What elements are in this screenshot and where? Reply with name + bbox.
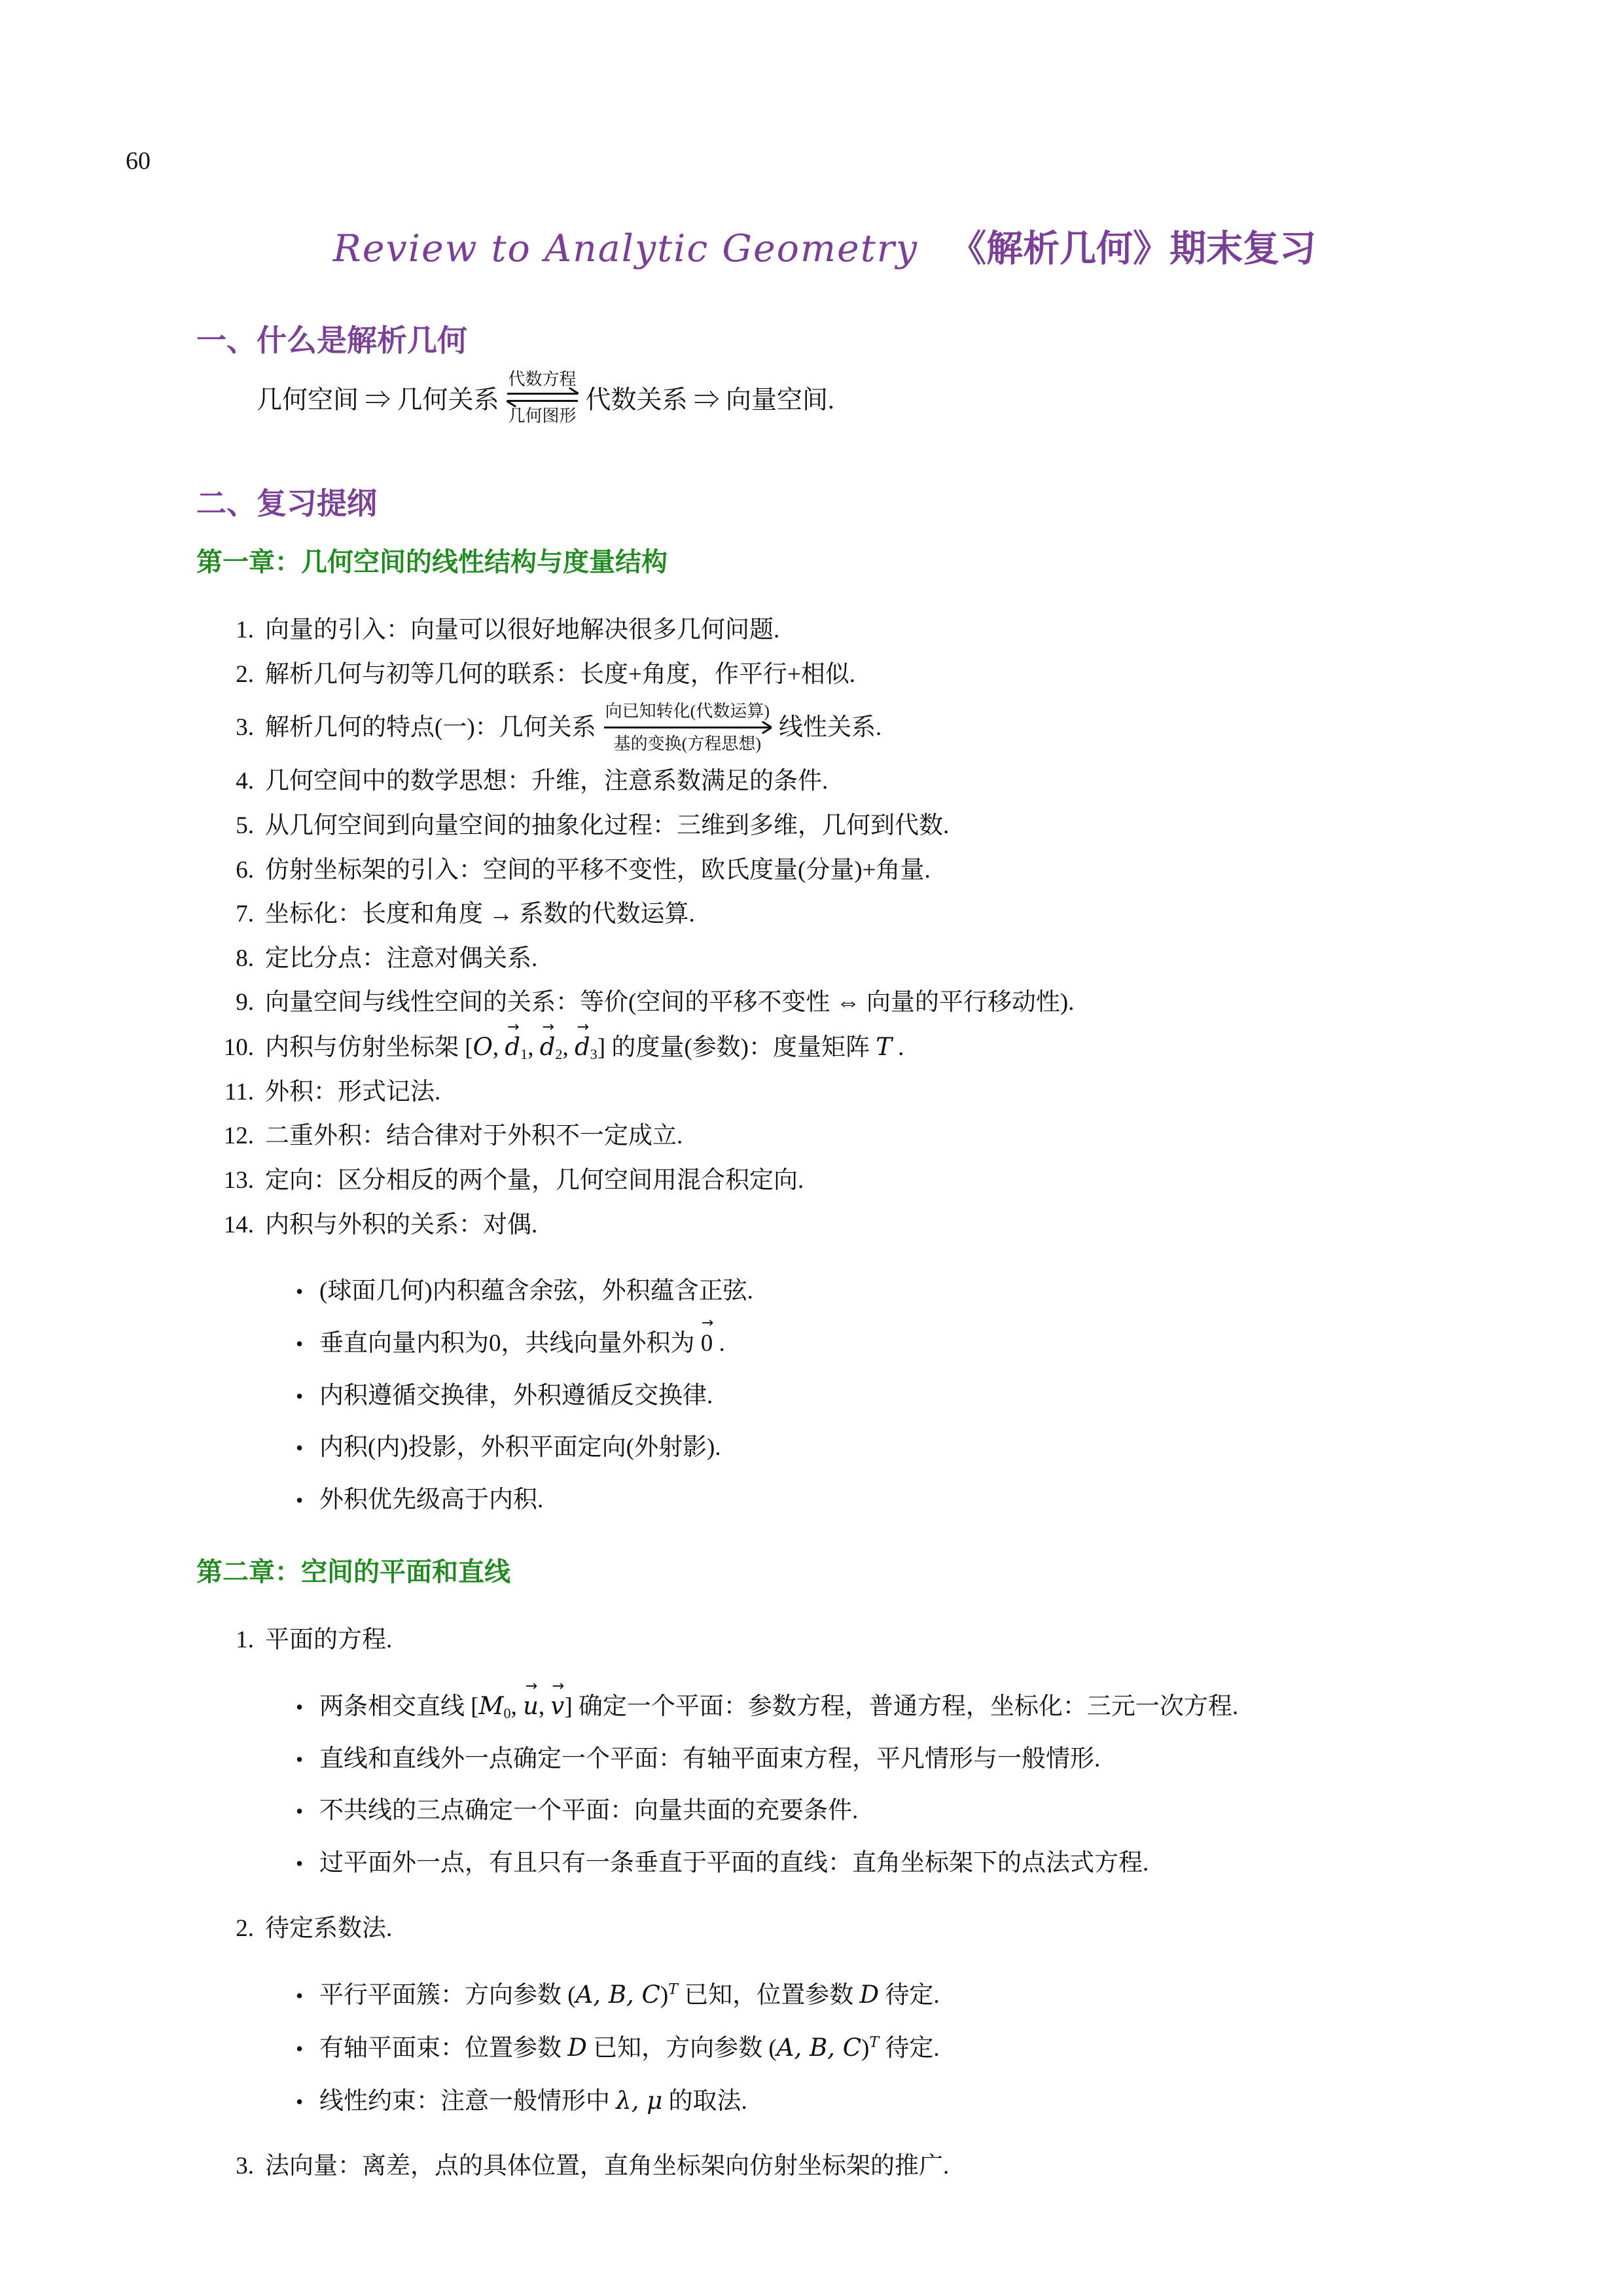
item-number: 3. bbox=[196, 2149, 265, 2184]
list-item: 14. 内积与外积的关系：对偶. bbox=[196, 1208, 1531, 1243]
list-item: 6. 仿射坐标架的引入：空间的平移不变性，欧氏度量(分量)+角量. bbox=[196, 853, 1531, 888]
item-text: 解析几何的特点(一)：几何关系 向已知转化(代数运算) 基的变换(方程思想) 线… bbox=[265, 701, 1531, 755]
labeled-right-arrow: 向已知转化(代数运算) 基的变换(方程思想) bbox=[603, 701, 772, 755]
bullet-text: 内积(内)投影，外积平面定向(外射影). bbox=[319, 1430, 1531, 1465]
chapter-2-item-1-bullets: • 两条相交直线 [M0, u→, v→] 确定一个平面：参数方程，普通方程，坐… bbox=[196, 1689, 1531, 1881]
bullet-text: 线性约束：注意一般情形中 λ, μ 的取法. bbox=[319, 2083, 1531, 2119]
formula-post: 代数关系 ⇒ 向量空间. bbox=[586, 380, 834, 416]
bullet-text: 平行平面簇：方向参数 (A, B, C)T 已知，位置参数 D 待定. bbox=[319, 1977, 1531, 2013]
list-item: 11. 外积：形式记法. bbox=[196, 1075, 1531, 1110]
bullet-item: • 平行平面簇：方向参数 (A, B, C)T 已知，位置参数 D 待定. bbox=[196, 1977, 1531, 2013]
labeled-harpoon-arrow: 代数方程 几何图形 bbox=[506, 369, 579, 427]
section-1-heading: 一、什么是解析几何 bbox=[196, 322, 1531, 360]
list-item: 12. 二重外积：结合律对于外积不一定成立. bbox=[196, 1119, 1531, 1154]
bullet-icon: • bbox=[296, 1433, 319, 1463]
item-text: 待定系数法. bbox=[265, 1911, 1531, 1946]
bullet-icon: • bbox=[296, 1329, 319, 1359]
item-number: 10. bbox=[196, 1030, 265, 1066]
vector-arrow-icon: → bbox=[542, 1020, 554, 1034]
vector-arrow-icon: → bbox=[577, 1020, 590, 1034]
section-2-heading: 二、复习提纲 bbox=[196, 485, 1531, 523]
bullet-item: • 外积优先级高于内积. bbox=[196, 1482, 1531, 1518]
item-number: 7. bbox=[196, 897, 265, 932]
bullet-icon: • bbox=[296, 1381, 319, 1411]
bullet-icon: • bbox=[296, 1744, 319, 1774]
list-item: 4. 几何空间中的数学思想：升维，注意系数满足的条件. bbox=[196, 764, 1531, 799]
chapter-2-heading: 第二章：空间的平面和直线 bbox=[196, 1556, 1531, 1588]
bullet-icon: • bbox=[296, 2087, 319, 2117]
chapter-2-item-2-bullets: • 平行平面簇：方向参数 (A, B, C)T 已知，位置参数 D 待定. • … bbox=[196, 1977, 1531, 2119]
bullet-text: 两条相交直线 [M0, u→, v→] 确定一个平面：参数方程，普通方程，坐标化… bbox=[319, 1689, 1531, 1725]
item-number: 6. bbox=[196, 853, 265, 888]
arrow-top-label: 向已知转化(代数运算) bbox=[603, 701, 772, 723]
bullet-text: 外积优先级高于内积. bbox=[319, 1482, 1531, 1518]
item-text: 定向：区分相反的两个量，几何空间用混合积定向. bbox=[265, 1163, 1531, 1198]
bullet-item: • (球面几何)内积蕴含余弦，外积蕴含正弦. bbox=[196, 1274, 1531, 1309]
bullet-item: • 垂直向量内积为0，共线向量外积为 0→ . bbox=[196, 1326, 1531, 1361]
bullet-item: • 线性约束：注意一般情形中 λ, μ 的取法. bbox=[196, 2083, 1531, 2119]
item-number: 1. bbox=[196, 1623, 265, 1658]
bullet-item: • 过平面外一点，有且只有一条垂直于平面的直线：直角坐标架下的点法式方程. bbox=[196, 1846, 1531, 1881]
bullet-icon: • bbox=[296, 1276, 319, 1306]
chapter-1-list: 1. 向量的引入：向量可以很好地解决很多几何问题. 2. 解析几何与初等几何的联… bbox=[196, 613, 1531, 1242]
title-chinese: 《解析几何》期末复习 bbox=[950, 228, 1316, 269]
vector-arrow-icon: → bbox=[702, 1316, 714, 1330]
item-text: 内积与外积的关系：对偶. bbox=[265, 1208, 1531, 1243]
item-number: 13. bbox=[196, 1163, 265, 1198]
document-page: 60 Review to Analytic Geometry《解析几何》期末复习… bbox=[0, 0, 1623, 2296]
item-text: 平面的方程. bbox=[265, 1623, 1531, 1658]
rightleftharpoons-icon bbox=[507, 393, 578, 402]
item-number: 8. bbox=[196, 941, 265, 977]
chapter-2-list-end: 3. 法向量：离差，点的具体位置，直角坐标架向仿射坐标架的推广. bbox=[196, 2149, 1531, 2184]
item-text: 向量空间与线性空间的关系：等价(空间的平移不变性 ⇔ 向量的平行移动性). bbox=[265, 985, 1531, 1020]
item-text: 向量的引入：向量可以很好地解决很多几何问题. bbox=[265, 613, 1531, 648]
item-text-post: 线性关系. bbox=[779, 710, 882, 745]
item-text: 几何空间中的数学思想：升维，注意系数满足的条件. bbox=[265, 764, 1531, 799]
item-number: 9. bbox=[196, 985, 265, 1020]
item-number: 5. bbox=[196, 808, 265, 844]
bullet-item: • 两条相交直线 [M0, u→, v→] 确定一个平面：参数方程，普通方程，坐… bbox=[196, 1689, 1531, 1725]
bullet-icon: • bbox=[296, 1848, 319, 1878]
vector-arrow-icon: → bbox=[526, 1679, 538, 1693]
item-number: 4. bbox=[196, 764, 265, 799]
list-item: 7. 坐标化：长度和角度 → 系数的代数运算. bbox=[196, 897, 1531, 932]
bullet-item: • 内积(内)投影，外积平面定向(外射影). bbox=[196, 1430, 1531, 1465]
bullet-text: (球面几何)内积蕴含余弦，外积蕴含正弦. bbox=[319, 1274, 1531, 1309]
overview-formula: 几何空间 ⇒ 几何关系 代数方程 几何图形 代数关系 ⇒ 向量空间. bbox=[257, 369, 1531, 427]
item-number: 2. bbox=[196, 657, 265, 692]
arrow-bottom-label: 几何图形 bbox=[506, 406, 579, 427]
bullet-icon: • bbox=[296, 1796, 319, 1826]
list-item: 5. 从几何空间到向量空间的抽象化过程：三维到多维，几何到代数. bbox=[196, 808, 1531, 844]
item-number: 1. bbox=[196, 613, 265, 648]
list-item: 10. 内积与仿射坐标架 [O, d→1, d→2, d→3] 的度量(参数)：… bbox=[196, 1030, 1531, 1066]
page-number: 60 bbox=[126, 147, 151, 175]
vector-arrow-icon: → bbox=[552, 1679, 565, 1693]
list-item: 13. 定向：区分相反的两个量，几何空间用混合积定向. bbox=[196, 1163, 1531, 1198]
bullet-icon: • bbox=[296, 1692, 319, 1722]
item-text: 从几何空间到向量空间的抽象化过程：三维到多维，几何到代数. bbox=[265, 808, 1531, 844]
list-item: 2. 解析几何与初等几何的联系：长度+角度，作平行+相似. bbox=[196, 657, 1531, 692]
bullet-item: • 直线和直线外一点确定一个平面：有轴平面束方程，平凡情形与一般情形. bbox=[196, 1742, 1531, 1777]
item-number: 14. bbox=[196, 1208, 265, 1243]
chapter-1-heading: 第一章：几何空间的线性结构与度量结构 bbox=[196, 546, 1531, 579]
item-text: 定比分点：注意对偶关系. bbox=[265, 941, 1531, 977]
bullet-icon: • bbox=[296, 1981, 319, 2011]
right-arrow-icon bbox=[604, 726, 771, 728]
chapter-2-list: 1. 平面的方程. bbox=[196, 1623, 1531, 1658]
bullet-text: 不共线的三点确定一个平面：向量共面的充要条件. bbox=[319, 1793, 1531, 1829]
item-text-pre: 解析几何的特点(一)：几何关系 bbox=[265, 710, 596, 745]
bullet-item: • 内积遵循交换律，外积遵循反交换律. bbox=[196, 1378, 1531, 1414]
item-number: 2. bbox=[196, 1911, 265, 1946]
item-text: 二重外积：结合律对于外积不一定成立. bbox=[265, 1119, 1531, 1154]
item-text: 坐标化：长度和角度 → 系数的代数运算. bbox=[265, 897, 1531, 932]
vector-arrow-icon: → bbox=[507, 1020, 520, 1034]
arrow-top-label: 代数方程 bbox=[506, 369, 579, 391]
list-item: 1. 平面的方程. bbox=[196, 1623, 1531, 1658]
item-text: 仿射坐标架的引入：空间的平移不变性，欧氏度量(分量)+角量. bbox=[265, 853, 1531, 888]
bullet-item: • 有轴平面束：位置参数 D 已知，方向参数 (A, B, C)T 待定. bbox=[196, 2030, 1531, 2066]
formula-pre: 几何空间 ⇒ 几何关系 bbox=[257, 380, 499, 416]
bullet-text: 内积遵循交换律，外积遵循反交换律. bbox=[319, 1378, 1531, 1414]
bullet-icon: • bbox=[296, 2034, 319, 2064]
title-english: Review to Analytic Geometry bbox=[333, 227, 918, 270]
item-number: 12. bbox=[196, 1119, 265, 1154]
text-column: Review to Analytic Geometry《解析几何》期末复习 一、… bbox=[0, 0, 1623, 2184]
item-number: 3. bbox=[196, 710, 265, 745]
item-text: 法向量：离差，点的具体位置，直角坐标架向仿射坐标架的推广. bbox=[265, 2149, 1531, 2184]
chapter-2-list-continued: 2. 待定系数法. bbox=[196, 1911, 1531, 1946]
list-item: 3. 法向量：离差，点的具体位置，直角坐标架向仿射坐标架的推广. bbox=[196, 2149, 1531, 2184]
item-text: 解析几何与初等几何的联系：长度+角度，作平行+相似. bbox=[265, 657, 1531, 692]
bullet-text: 有轴平面束：位置参数 D 已知，方向参数 (A, B, C)T 待定. bbox=[319, 2030, 1531, 2066]
item-number: 11. bbox=[196, 1075, 265, 1110]
bullet-text: 直线和直线外一点确定一个平面：有轴平面束方程，平凡情形与一般情形. bbox=[319, 1742, 1531, 1777]
list-item: 2. 待定系数法. bbox=[196, 1911, 1531, 1946]
list-item: 3. 解析几何的特点(一)：几何关系 向已知转化(代数运算) 基的变换(方程思想… bbox=[196, 701, 1531, 755]
list-item: 8. 定比分点：注意对偶关系. bbox=[196, 941, 1531, 977]
bullet-text: 垂直向量内积为0，共线向量外积为 0→ . bbox=[319, 1326, 1531, 1361]
item-text: 内积与仿射坐标架 [O, d→1, d→2, d→3] 的度量(参数)：度量矩阵… bbox=[265, 1030, 1531, 1066]
chapter-1-bullet-list: • (球面几何)内积蕴含余弦，外积蕴含正弦. • 垂直向量内积为0，共线向量外积… bbox=[196, 1274, 1531, 1517]
item-text: 外积：形式记法. bbox=[265, 1075, 1531, 1110]
document-title: Review to Analytic Geometry《解析几何》期末复习 bbox=[157, 0, 1492, 272]
list-item: 1. 向量的引入：向量可以很好地解决很多几何问题. bbox=[196, 613, 1531, 648]
arrow-bottom-label: 基的变换(方程思想) bbox=[611, 734, 764, 755]
bullet-item: • 不共线的三点确定一个平面：向量共面的充要条件. bbox=[196, 1793, 1531, 1829]
list-item: 9. 向量空间与线性空间的关系：等价(空间的平移不变性 ⇔ 向量的平行移动性). bbox=[196, 985, 1531, 1020]
bullet-icon: • bbox=[296, 1485, 319, 1515]
bullet-text: 过平面外一点，有且只有一条垂直于平面的直线：直角坐标架下的点法式方程. bbox=[319, 1846, 1531, 1881]
